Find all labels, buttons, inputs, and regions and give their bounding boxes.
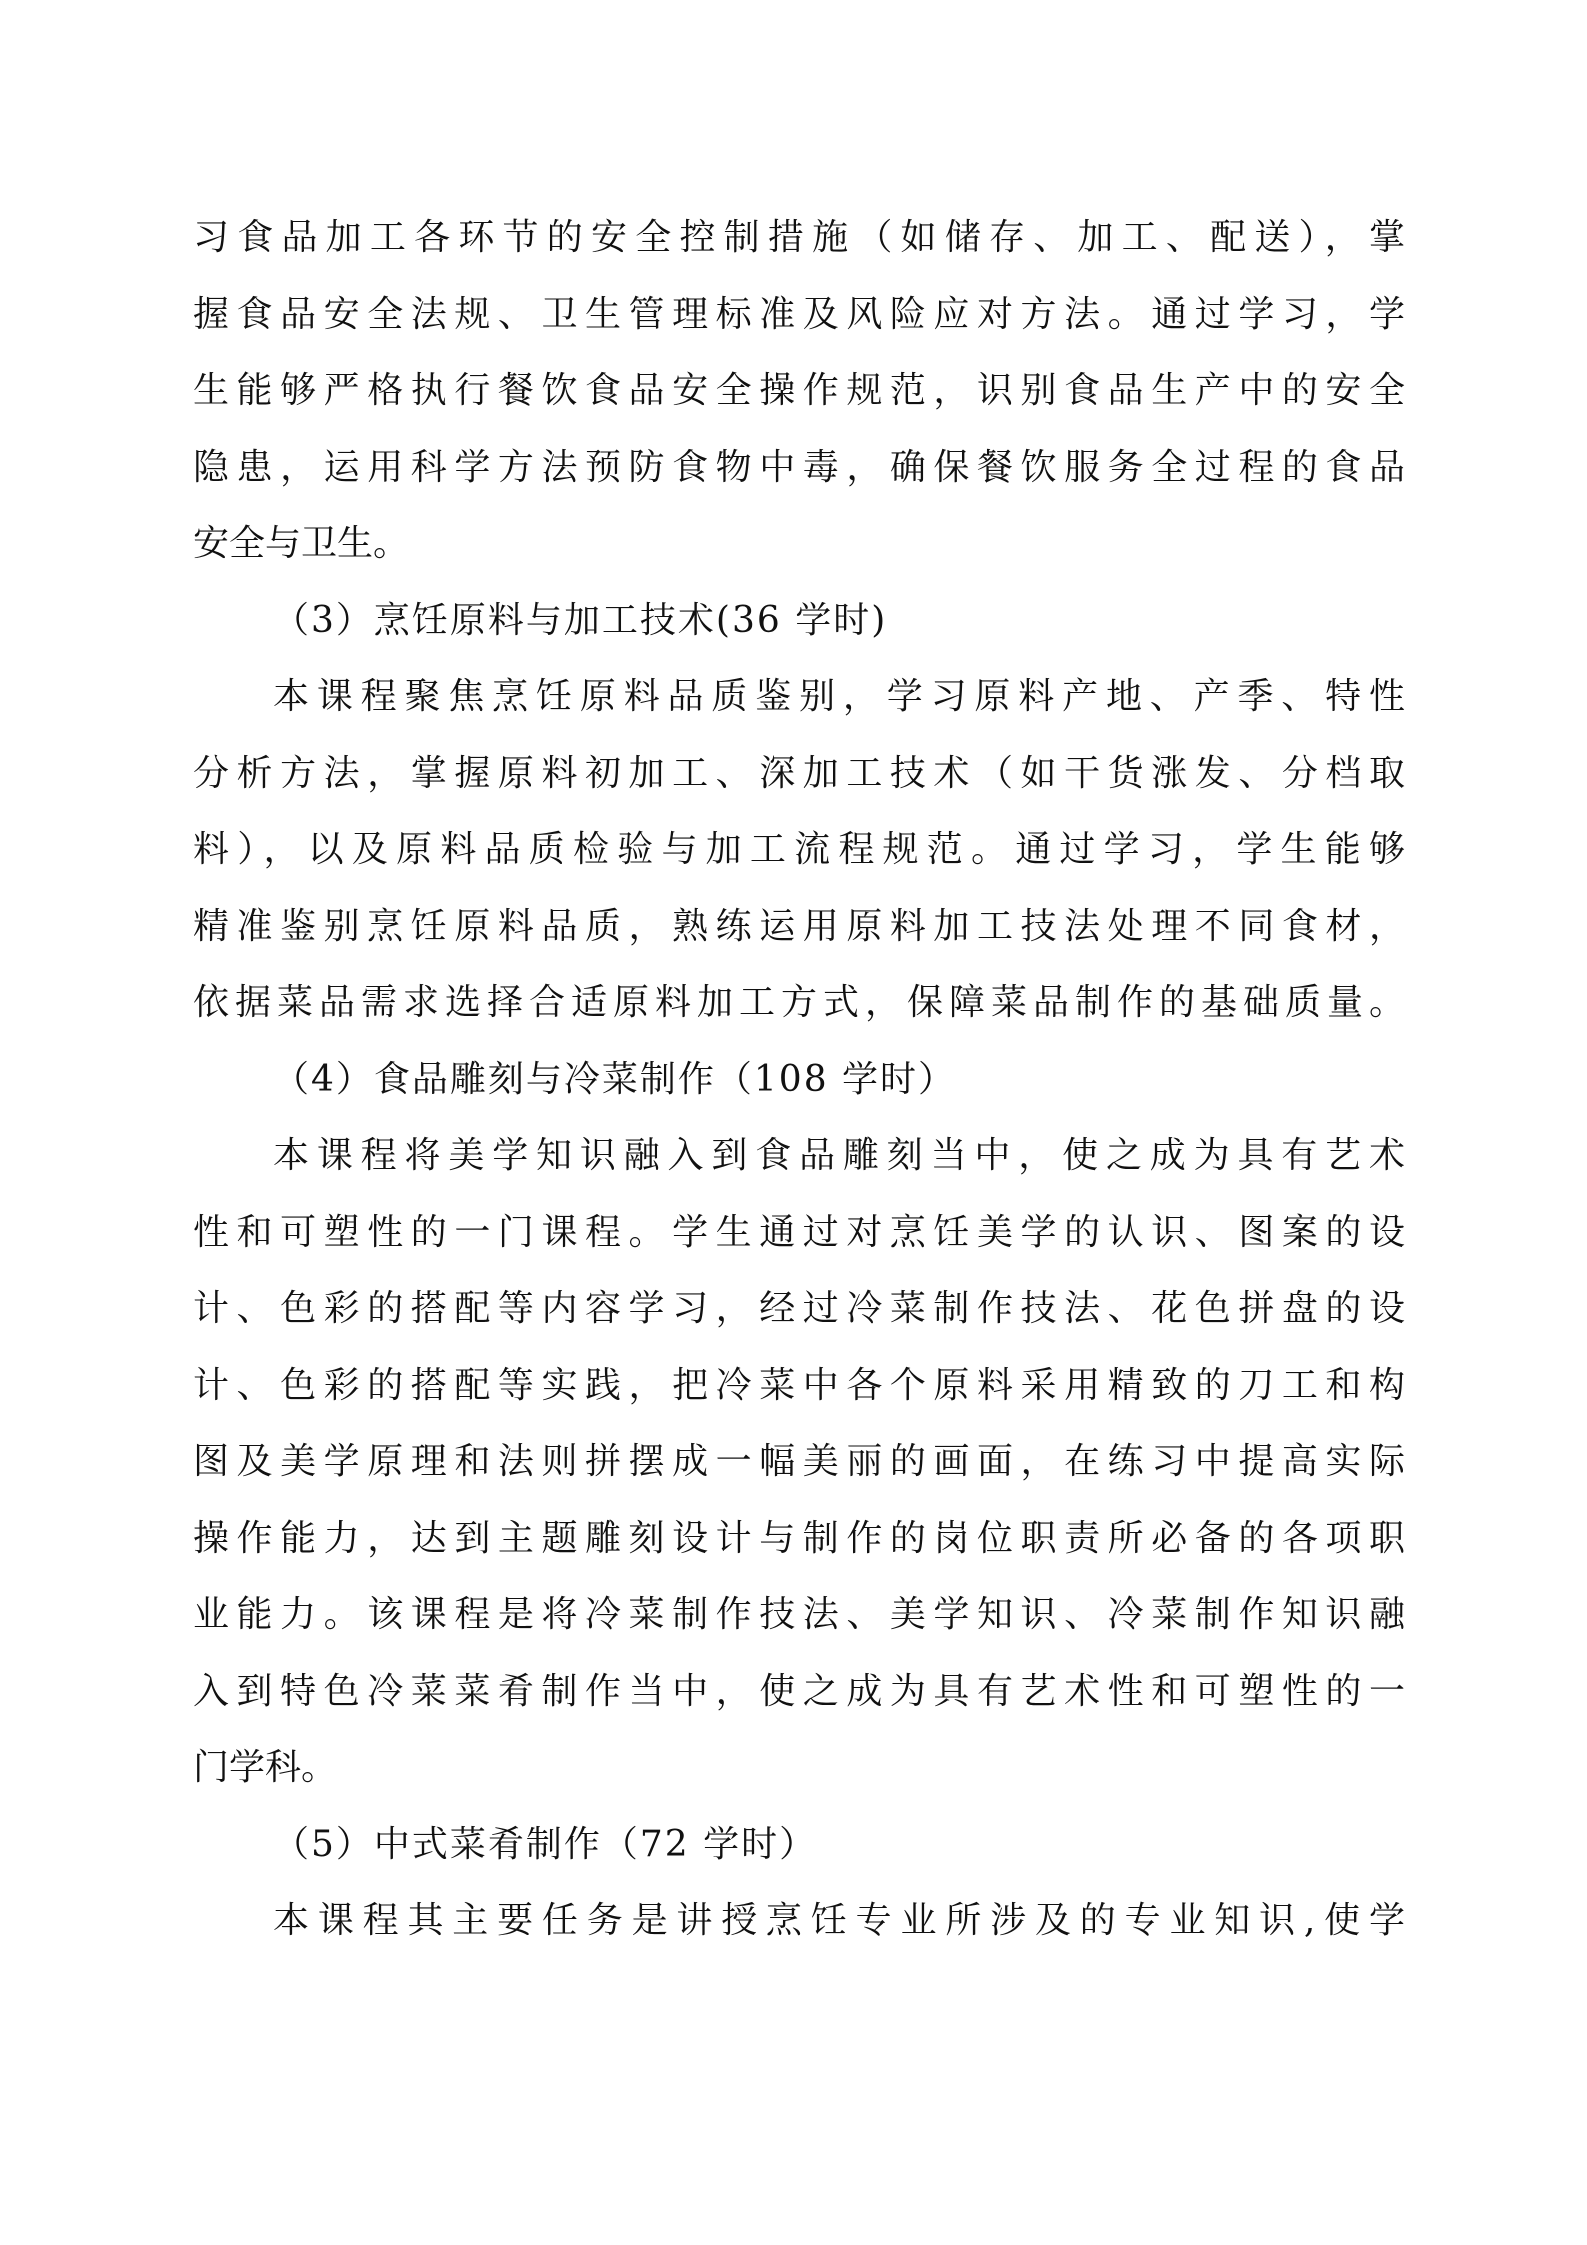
text-line: 分析方法，掌握原料初加工、深加工技术（如干货涨发、分档取 — [193, 736, 1405, 813]
text-line: 安全与卫生。 — [193, 506, 1405, 583]
paragraph-cooking-materials: 本课程聚焦烹饪原料品质鉴别，学习原料产地、产季、特性 分析方法，掌握原料初加工、… — [193, 659, 1405, 1042]
section-heading-4: （4）食品雕刻与冷菜制作（108 学时） — [193, 1042, 1405, 1119]
text-line: 计、色彩的搭配等内容学习，经过冷菜制作技法、花色拼盘的设 — [193, 1271, 1405, 1348]
section-heading-5: （5）中式菜肴制作（72 学时） — [193, 1807, 1405, 1884]
text-line: 业能力。该课程是将冷菜制作技法、美学知识、冷菜制作知识融 — [193, 1577, 1405, 1654]
text-line: 依据菜品需求选择合适原料加工方式，保障菜品制作的基础质量。 — [193, 965, 1405, 1042]
text-line: 隐患，运用科学方法预防食物中毒，确保餐饮服务全过程的食品 — [193, 430, 1405, 507]
document-page: 习食品加工各环节的安全控制措施（如储存、加工、配送），掌 握食品安全法规、卫生管… — [193, 200, 1405, 1960]
text-line: 习食品加工各环节的安全控制措施（如储存、加工、配送），掌 — [193, 200, 1405, 277]
text-line: 本课程聚焦烹饪原料品质鉴别，学习原料产地、产季、特性 — [193, 659, 1405, 736]
paragraph-food-safety-continued: 习食品加工各环节的安全控制措施（如储存、加工、配送），掌 握食品安全法规、卫生管… — [193, 200, 1405, 583]
text-line: 操作能力，达到主题雕刻设计与制作的岗位职责所必备的各项职 — [193, 1501, 1405, 1578]
text-line: 料），以及原料品质检验与加工流程规范。通过学习，学生能够 — [193, 812, 1405, 889]
section-heading-3: （3）烹饪原料与加工技术(36 学时) — [193, 583, 1405, 660]
text-line: 图及美学原理和法则拼摆成一幅美丽的画面，在练习中提高实际 — [193, 1424, 1405, 1501]
text-line: 握食品安全法规、卫生管理标准及风险应对方法。通过学习，学 — [193, 277, 1405, 354]
text-line: 本课程将美学知识融入到食品雕刻当中，使之成为具有艺术 — [193, 1118, 1405, 1195]
text-line: 生能够严格执行餐饮食品安全操作规范，识别食品生产中的安全 — [193, 353, 1405, 430]
text-line: 计、色彩的搭配等实践，把冷菜中各个原料采用精致的刀工和构 — [193, 1348, 1405, 1425]
text-line: 入到特色冷菜菜肴制作当中，使之成为具有艺术性和可塑性的一 — [193, 1654, 1405, 1731]
text-line: 性和可塑性的一门课程。学生通过对烹饪美学的认识、图案的设 — [193, 1195, 1405, 1272]
text-line: 本课程其主要任务是讲授烹饪专业所涉及的专业知识,使学 — [193, 1883, 1405, 1960]
text-line: 精准鉴别烹饪原料品质，熟练运用原料加工技法处理不同食材， — [193, 889, 1405, 966]
paragraph-food-carving: 本课程将美学知识融入到食品雕刻当中，使之成为具有艺术 性和可塑性的一门课程。学生… — [193, 1118, 1405, 1807]
paragraph-chinese-dishes: 本课程其主要任务是讲授烹饪专业所涉及的专业知识,使学 — [193, 1883, 1405, 1960]
text-line: 门学科。 — [193, 1730, 1405, 1807]
